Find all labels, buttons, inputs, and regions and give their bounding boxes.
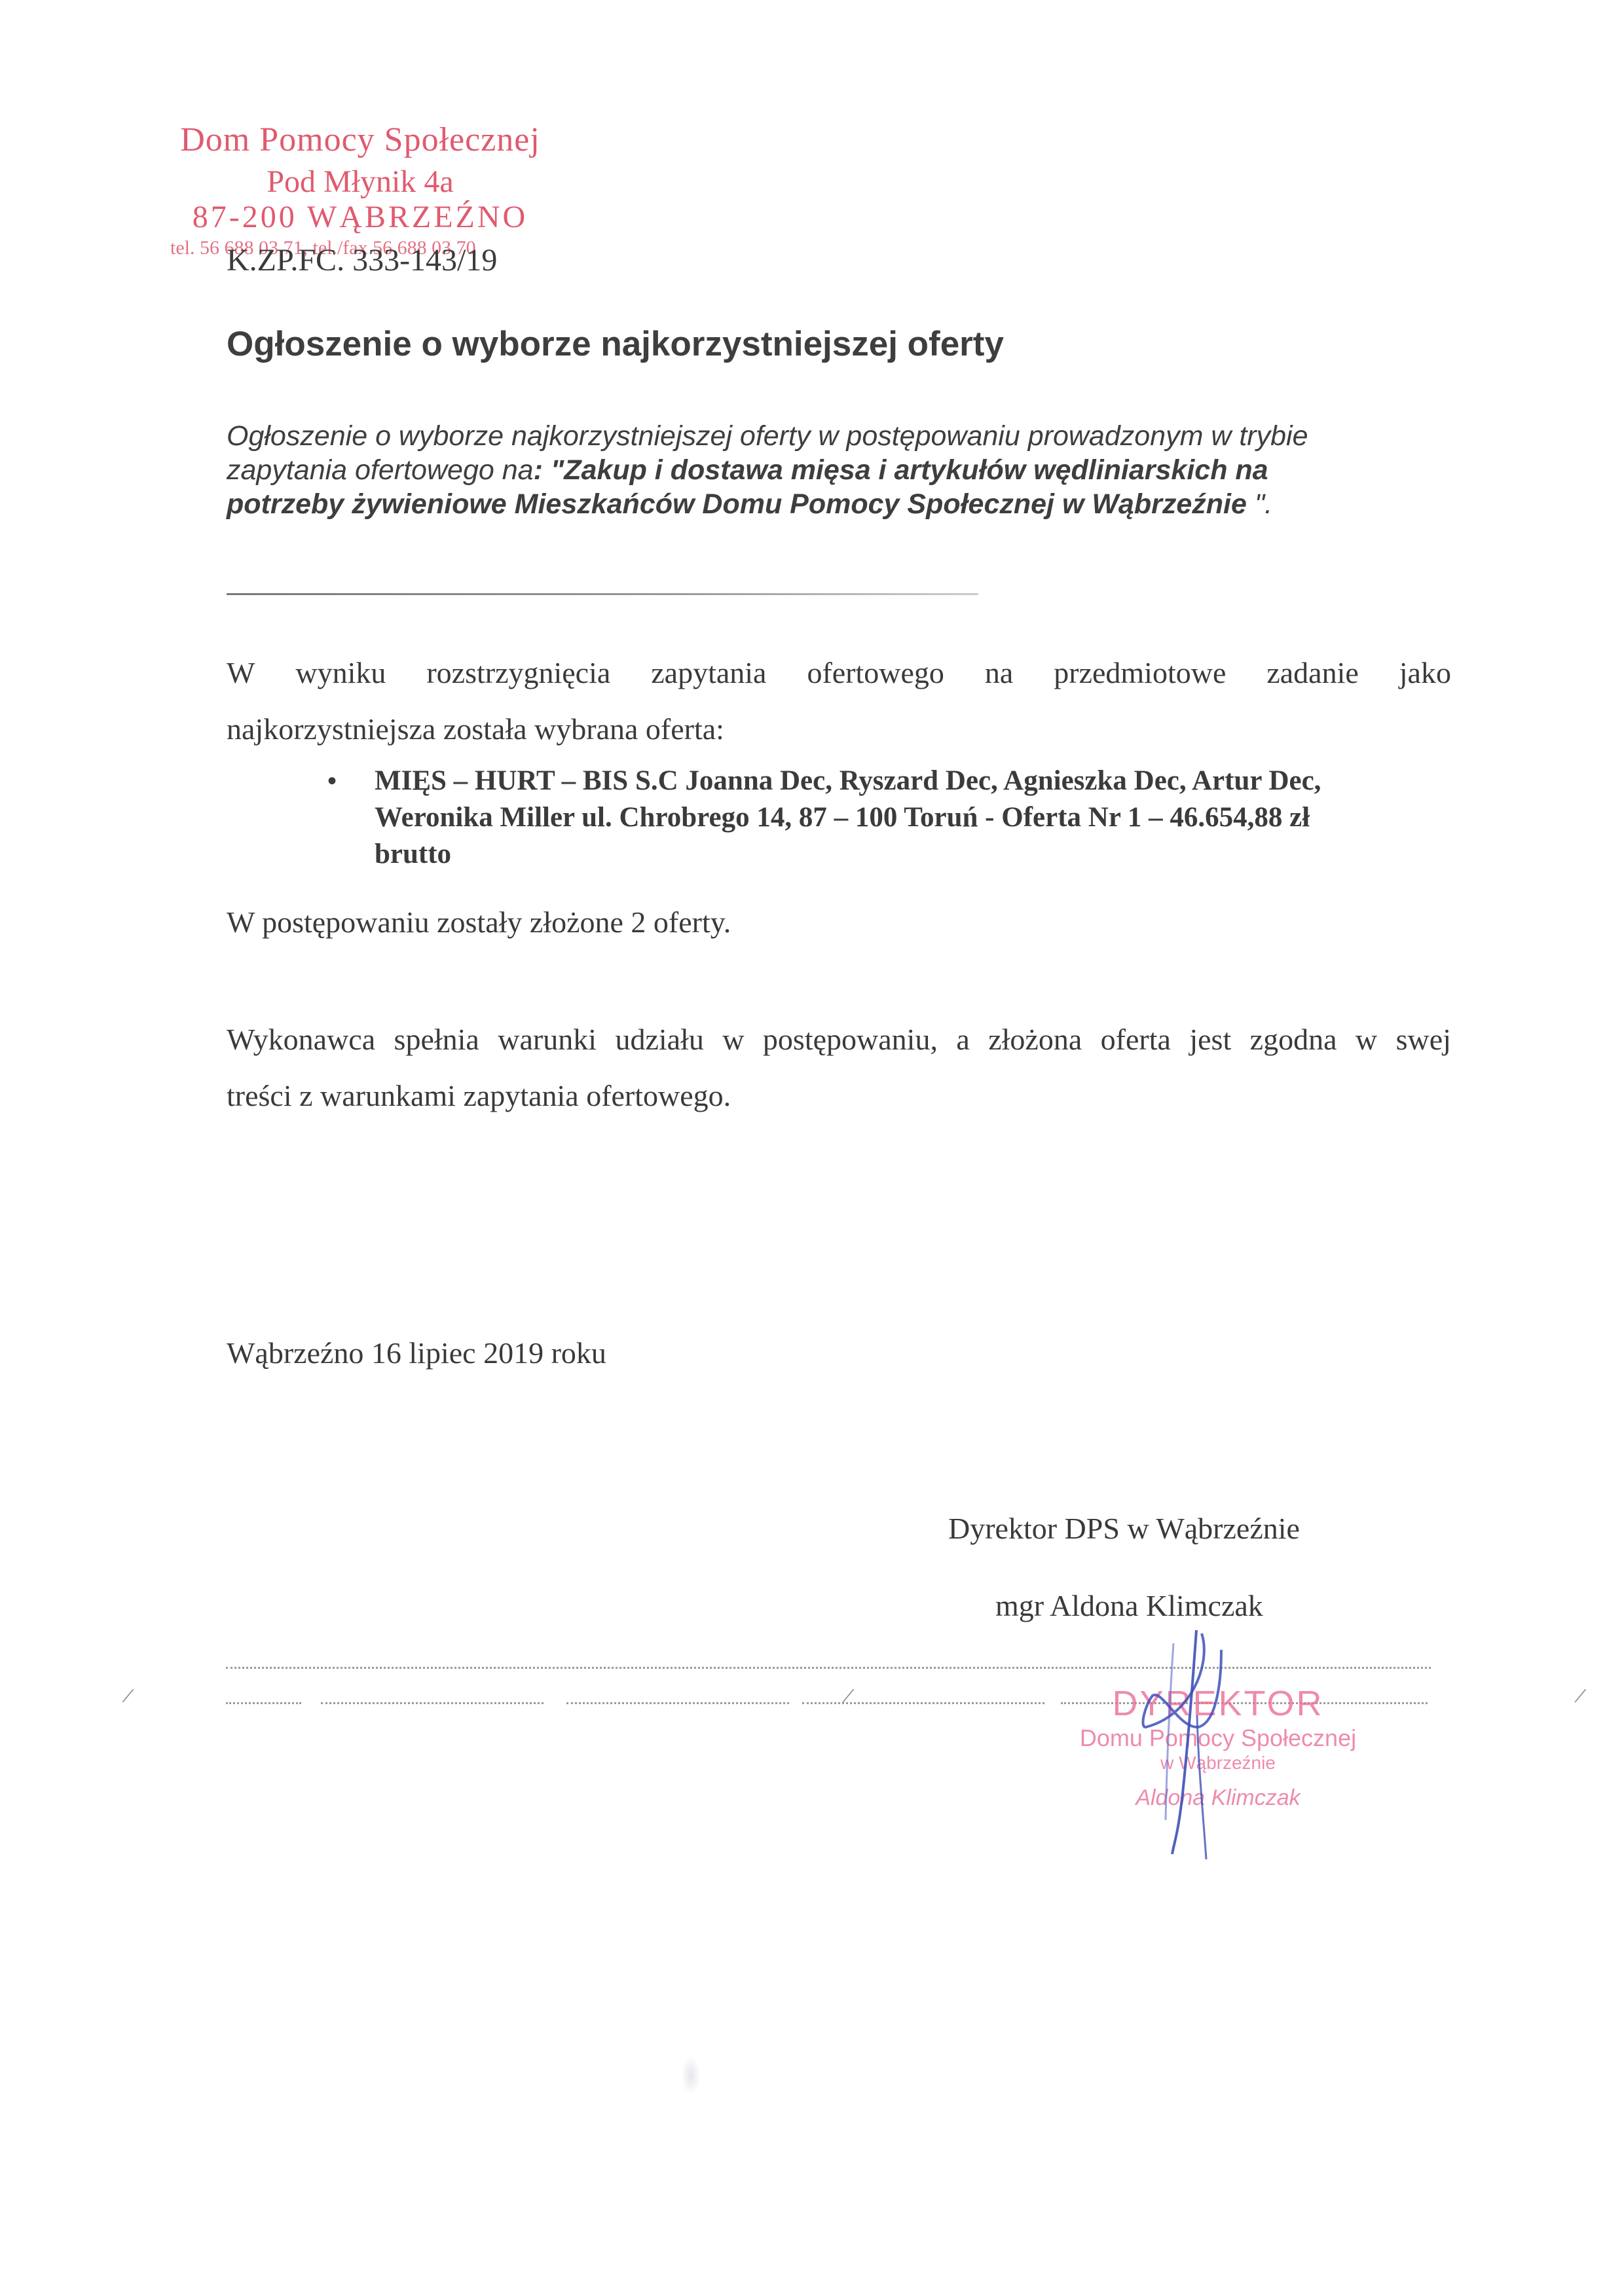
word: W [227, 645, 255, 701]
subject-closing: ". [1247, 488, 1272, 520]
reference-number: K.ZP.FC. 333-143/19 [227, 242, 497, 278]
document-title: Ogłoszenie o wyborze najkorzystniejszej … [227, 324, 1004, 364]
stamp-institution-name: Dom Pomocy Społecznej [164, 123, 557, 157]
word: a [956, 1011, 969, 1068]
compliance-line-1: Wykonawcaspełniawarunkiudziałuwpostępowa… [227, 1011, 1451, 1068]
word: przedmiotowe [1054, 645, 1226, 701]
stamp-person: Aldona Klimczak [1035, 1787, 1401, 1809]
bullet-icon: • [327, 763, 337, 799]
result-line-2: najkorzystniejsza została wybrana oferta… [227, 701, 1451, 757]
word: spełnia [394, 1011, 479, 1068]
punch-mark-icon: / [842, 1683, 853, 1709]
result-line-1: Wwynikurozstrzygnięciazapytaniaofertoweg… [227, 645, 1451, 701]
punch-mark-icon: / [122, 1683, 133, 1709]
word: zadanie [1266, 645, 1358, 701]
stamp-location: w Wąbrzeźnie [1035, 1754, 1401, 1772]
word: swej [1396, 1011, 1451, 1068]
word: postępowaniu, [763, 1011, 938, 1068]
signatory-name: mgr Aldona Klimczak [995, 1588, 1263, 1623]
word: wyniku [295, 645, 386, 701]
word: w [1356, 1011, 1377, 1068]
dotted-line [802, 1702, 1044, 1704]
signatory-role: Dyrektor DPS w Wąbrzeźnie [948, 1511, 1300, 1546]
word: ofertowego [807, 645, 944, 701]
document-date: Wąbrzeźno 16 lipiec 2019 roku [227, 1336, 606, 1370]
word: Wykonawca [227, 1011, 375, 1068]
word: rozstrzygnięcia [426, 645, 610, 701]
subject-part-2: potrzeby żywieniowe Mieszkańców Domu Pom… [227, 488, 1247, 520]
offers-count-text: W postępowaniu zostały złożone 2 oferty. [227, 905, 731, 939]
stamp-title: DYREKTOR [1035, 1686, 1401, 1721]
word: zapytania [651, 645, 766, 701]
dotted-line [321, 1702, 544, 1704]
separator-line [227, 593, 978, 595]
word: jako [1399, 645, 1451, 701]
director-stamp: DYREKTOR Domu Pomocy Społecznej w Wąbrze… [1035, 1686, 1401, 1809]
word: złożona [988, 1011, 1082, 1068]
stamp-institution: Domu Pomocy Społecznej [1035, 1726, 1401, 1750]
result-paragraph: Wwynikurozstrzygnięciazapytaniaofertoweg… [227, 645, 1451, 757]
offer-line-3: brutto [375, 836, 1422, 873]
stamp-street: Pod Młynik 4a [164, 166, 557, 198]
word: na [985, 645, 1013, 701]
word: jest [1189, 1011, 1231, 1068]
scan-smudge [681, 2056, 701, 2095]
intro-line-1: Ogłoszenie o wyborze najkorzystniejszej … [227, 419, 1405, 453]
dotted-line [226, 1667, 1431, 1669]
word: w [722, 1011, 744, 1068]
institution-stamp: Dom Pomocy Społecznej Pod Młynik 4a 87-2… [164, 123, 557, 258]
word: oferta [1101, 1011, 1171, 1068]
compliance-paragraph: Wykonawcaspełniawarunkiudziałuwpostępowa… [227, 1011, 1451, 1124]
compliance-line-2: treści z warunkami zapytania ofertowego. [227, 1068, 1451, 1124]
dotted-line [566, 1702, 789, 1704]
subject-part-1: "Zakup i dostawa mięsa i artykułów wędli… [551, 454, 1268, 486]
intro-line-3: potrzeby żywieniowe Mieszkańców Domu Pom… [227, 487, 1405, 521]
word: udziału [615, 1011, 703, 1068]
intro-line-2: zapytania ofertowego na: "Zakup i dostaw… [227, 453, 1405, 487]
word: zgodna [1250, 1011, 1337, 1068]
offer-line-2: Weronika Miller ul. Chrobrego 14, 87 – 1… [375, 799, 1422, 836]
dotted-line [226, 1702, 301, 1704]
word: warunki [498, 1011, 597, 1068]
offer-line-1: MIĘS – HURT – BIS S.C Joanna Dec, Ryszar… [375, 763, 1422, 799]
intro-paragraph: Ogłoszenie o wyborze najkorzystniejszej … [227, 419, 1405, 521]
intro-colon: : [534, 454, 551, 486]
punch-mark-icon: / [1574, 1683, 1585, 1709]
stamp-city: 87-200 WĄBRZEŹNO [164, 202, 557, 233]
intro-prefix: zapytania ofertowego na [227, 454, 534, 486]
